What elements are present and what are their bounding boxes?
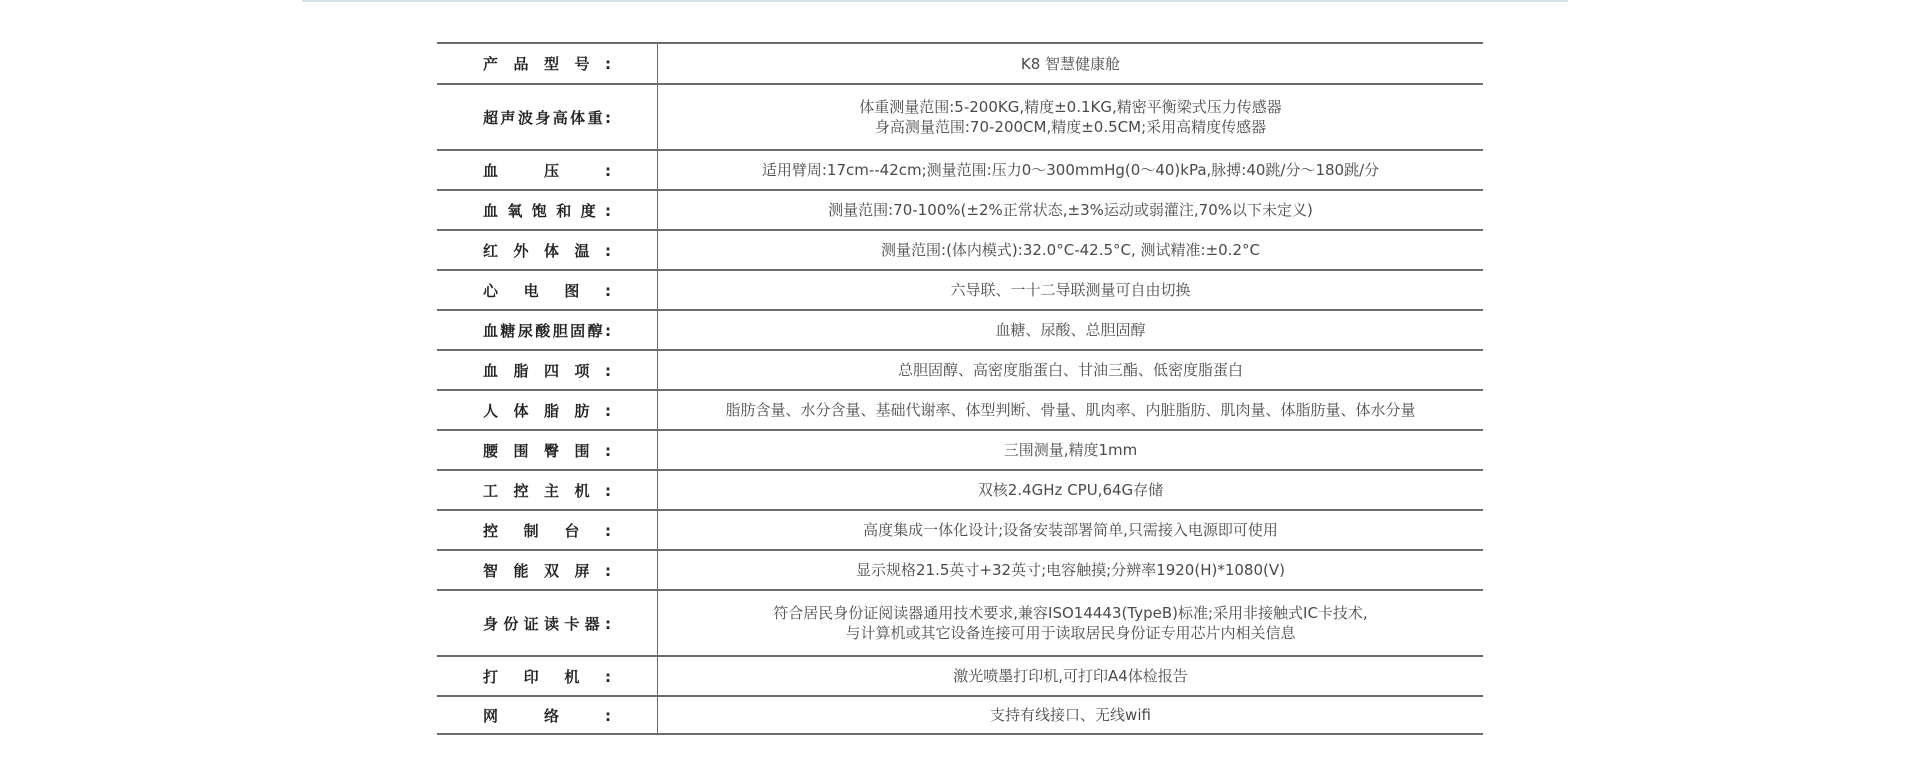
spec-value-line: 测量范围:(体内模式):32.0°C-42.5°C, 测试精准:±0.2°C — [881, 240, 1260, 260]
spec-value-cell: 六导联、一十二导联测量可自由切换 — [658, 271, 1483, 309]
spec-value-cell: 测量范围:70-100%(±2%正常状态,±3%运动或弱灌注,70%以下未定义) — [658, 191, 1483, 229]
spec-label: 人体脂肪: — [483, 400, 611, 421]
spec-label-cell: 网络: — [437, 697, 658, 733]
spec-row: 控制台:高度集成一体化设计;设备安装部署简单,只需接入电源即可使用 — [437, 509, 1483, 549]
spec-label: 血糖尿酸胆固醇: — [483, 320, 611, 341]
spec-value-line: 激光喷墨打印机,可打印A4体检报告 — [953, 666, 1188, 686]
spec-value-cell: 激光喷墨打印机,可打印A4体检报告 — [658, 657, 1483, 695]
spec-value-cell: 符合居民身份证阅读器通用技术要求,兼容ISO14443(TypeB)标准;采用非… — [658, 591, 1483, 655]
spec-label: 血压: — [483, 160, 611, 181]
spec-row: 血糖尿酸胆固醇:血糖、尿酸、总胆固醇 — [437, 309, 1483, 349]
spec-label: 超声波身高体重: — [483, 107, 611, 128]
spec-value-cell: 脂肪含量、水分含量、基础代谢率、体型判断、骨量、肌肉率、内脏脂肪、肌肉量、体脂肪… — [658, 391, 1483, 429]
spec-value-line: 血糖、尿酸、总胆固醇 — [995, 320, 1145, 340]
spec-label: 心电图: — [483, 280, 611, 301]
spec-row: 超声波身高体重:体重测量范围:5-200KG,精度±0.1KG,精密平衡梁式压力… — [437, 83, 1483, 149]
spec-value-line: K8 智慧健康舱 — [1021, 54, 1120, 74]
spec-row: 人体脂肪:脂肪含量、水分含量、基础代谢率、体型判断、骨量、肌肉率、内脏脂肪、肌肉… — [437, 389, 1483, 429]
spec-label-cell: 打印机: — [437, 657, 658, 695]
spec-value-line: 符合居民身份证阅读器通用技术要求,兼容ISO14443(TypeB)标准;采用非… — [773, 603, 1367, 623]
spec-label-cell: 腰围臀围: — [437, 431, 658, 469]
spec-label: 身份证读卡器: — [483, 613, 611, 634]
spec-row: 打印机:激光喷墨打印机,可打印A4体检报告 — [437, 655, 1483, 695]
spec-label-cell: 超声波身高体重: — [437, 85, 658, 149]
spec-label-cell: 工控主机: — [437, 471, 658, 509]
spec-value-cell: K8 智慧健康舱 — [658, 44, 1483, 83]
spec-label: 控制台: — [483, 520, 611, 541]
spec-label: 红外体温: — [483, 240, 611, 261]
spec-label: 工控主机: — [483, 480, 611, 501]
spec-label-cell: 血糖尿酸胆固醇: — [437, 311, 658, 349]
spec-value-cell: 支持有线接口、无线wifi — [658, 697, 1483, 733]
spec-row: 产品型号:K8 智慧健康舱 — [437, 42, 1483, 83]
spec-label: 血脂四项: — [483, 360, 611, 381]
spec-row: 红外体温:测量范围:(体内模式):32.0°C-42.5°C, 测试精准:±0.… — [437, 229, 1483, 269]
spec-row: 血脂四项:总胆固醇、高密度脂蛋白、甘油三酯、低密度脂蛋白 — [437, 349, 1483, 389]
spec-row: 身份证读卡器:符合居民身份证阅读器通用技术要求,兼容ISO14443(TypeB… — [437, 589, 1483, 655]
spec-value-line: 脂肪含量、水分含量、基础代谢率、体型判断、骨量、肌肉率、内脏脂肪、肌肉量、体脂肪… — [725, 400, 1415, 420]
spec-value-line: 身高测量范围:70-200CM,精度±0.5CM;采用高精度传感器 — [875, 117, 1266, 137]
spec-value-line: 总胆固醇、高密度脂蛋白、甘油三酯、低密度脂蛋白 — [898, 360, 1243, 380]
spec-label-cell: 血氧饱和度: — [437, 191, 658, 229]
spec-value-cell: 显示规格21.5英寸+32英寸;电容触摸;分辨率1920(H)*1080(V) — [658, 551, 1483, 589]
spec-label: 网络: — [483, 705, 611, 726]
spec-value-cell: 体重测量范围:5-200KG,精度±0.1KG,精密平衡梁式压力传感器身高测量范… — [658, 85, 1483, 149]
top-divider — [302, 0, 1568, 2]
spec-label-cell: 红外体温: — [437, 231, 658, 269]
spec-value-line: 与计算机或其它设备连接可用于读取居民身份证专用芯片内相关信息 — [845, 623, 1295, 643]
spec-label-cell: 产品型号: — [437, 44, 658, 83]
spec-value-cell: 双核2.4GHz CPU,64G存储 — [658, 471, 1483, 509]
spec-value-cell: 高度集成一体化设计;设备安装部署简单,只需接入电源即可使用 — [658, 511, 1483, 549]
spec-label-cell: 身份证读卡器: — [437, 591, 658, 655]
spec-label: 打印机: — [483, 666, 611, 687]
spec-row: 网络:支持有线接口、无线wifi — [437, 695, 1483, 735]
spec-label-cell: 人体脂肪: — [437, 391, 658, 429]
spec-value-line: 显示规格21.5英寸+32英寸;电容触摸;分辨率1920(H)*1080(V) — [856, 560, 1285, 580]
spec-label-cell: 智能双屏: — [437, 551, 658, 589]
spec-value-line: 支持有线接口、无线wifi — [990, 705, 1151, 725]
spec-row: 心电图:六导联、一十二导联测量可自由切换 — [437, 269, 1483, 309]
spec-row: 工控主机:双核2.4GHz CPU,64G存储 — [437, 469, 1483, 509]
spec-label: 血氧饱和度: — [483, 200, 611, 221]
spec-row: 血氧饱和度:测量范围:70-100%(±2%正常状态,±3%运动或弱灌注,70%… — [437, 189, 1483, 229]
spec-row: 智能双屏:显示规格21.5英寸+32英寸;电容触摸;分辨率1920(H)*108… — [437, 549, 1483, 589]
spec-value-line: 六导联、一十二导联测量可自由切换 — [950, 280, 1190, 300]
spec-value-line: 三围测量,精度1mm — [1004, 440, 1138, 460]
spec-label: 腰围臀围: — [483, 440, 611, 461]
spec-value-cell: 适用臂周:17cm--42cm;测量范围:压力0～300mmHg(0～40)kP… — [658, 151, 1483, 189]
spec-value-line: 适用臂周:17cm--42cm;测量范围:压力0～300mmHg(0～40)kP… — [762, 160, 1379, 180]
spec-label: 智能双屏: — [483, 560, 611, 581]
spec-value-line: 双核2.4GHz CPU,64G存储 — [978, 480, 1163, 500]
spec-value-cell: 血糖、尿酸、总胆固醇 — [658, 311, 1483, 349]
spec-value-cell: 测量范围:(体内模式):32.0°C-42.5°C, 测试精准:±0.2°C — [658, 231, 1483, 269]
spec-value-cell: 三围测量,精度1mm — [658, 431, 1483, 469]
spec-row: 腰围臀围:三围测量,精度1mm — [437, 429, 1483, 469]
spec-label-cell: 控制台: — [437, 511, 658, 549]
spec-table: 产品型号:K8 智慧健康舱超声波身高体重:体重测量范围:5-200KG,精度±0… — [437, 42, 1483, 735]
spec-value-cell: 总胆固醇、高密度脂蛋白、甘油三酯、低密度脂蛋白 — [658, 351, 1483, 389]
spec-label-cell: 血脂四项: — [437, 351, 658, 389]
spec-label-cell: 血压: — [437, 151, 658, 189]
spec-value-line: 测量范围:70-100%(±2%正常状态,±3%运动或弱灌注,70%以下未定义) — [828, 200, 1313, 220]
spec-value-line: 高度集成一体化设计;设备安装部署简单,只需接入电源即可使用 — [863, 520, 1278, 540]
spec-label: 产品型号: — [483, 53, 611, 74]
spec-label-cell: 心电图: — [437, 271, 658, 309]
spec-row: 血压:适用臂周:17cm--42cm;测量范围:压力0～300mmHg(0～40… — [437, 149, 1483, 189]
spec-value-line: 体重测量范围:5-200KG,精度±0.1KG,精密平衡梁式压力传感器 — [859, 97, 1282, 117]
